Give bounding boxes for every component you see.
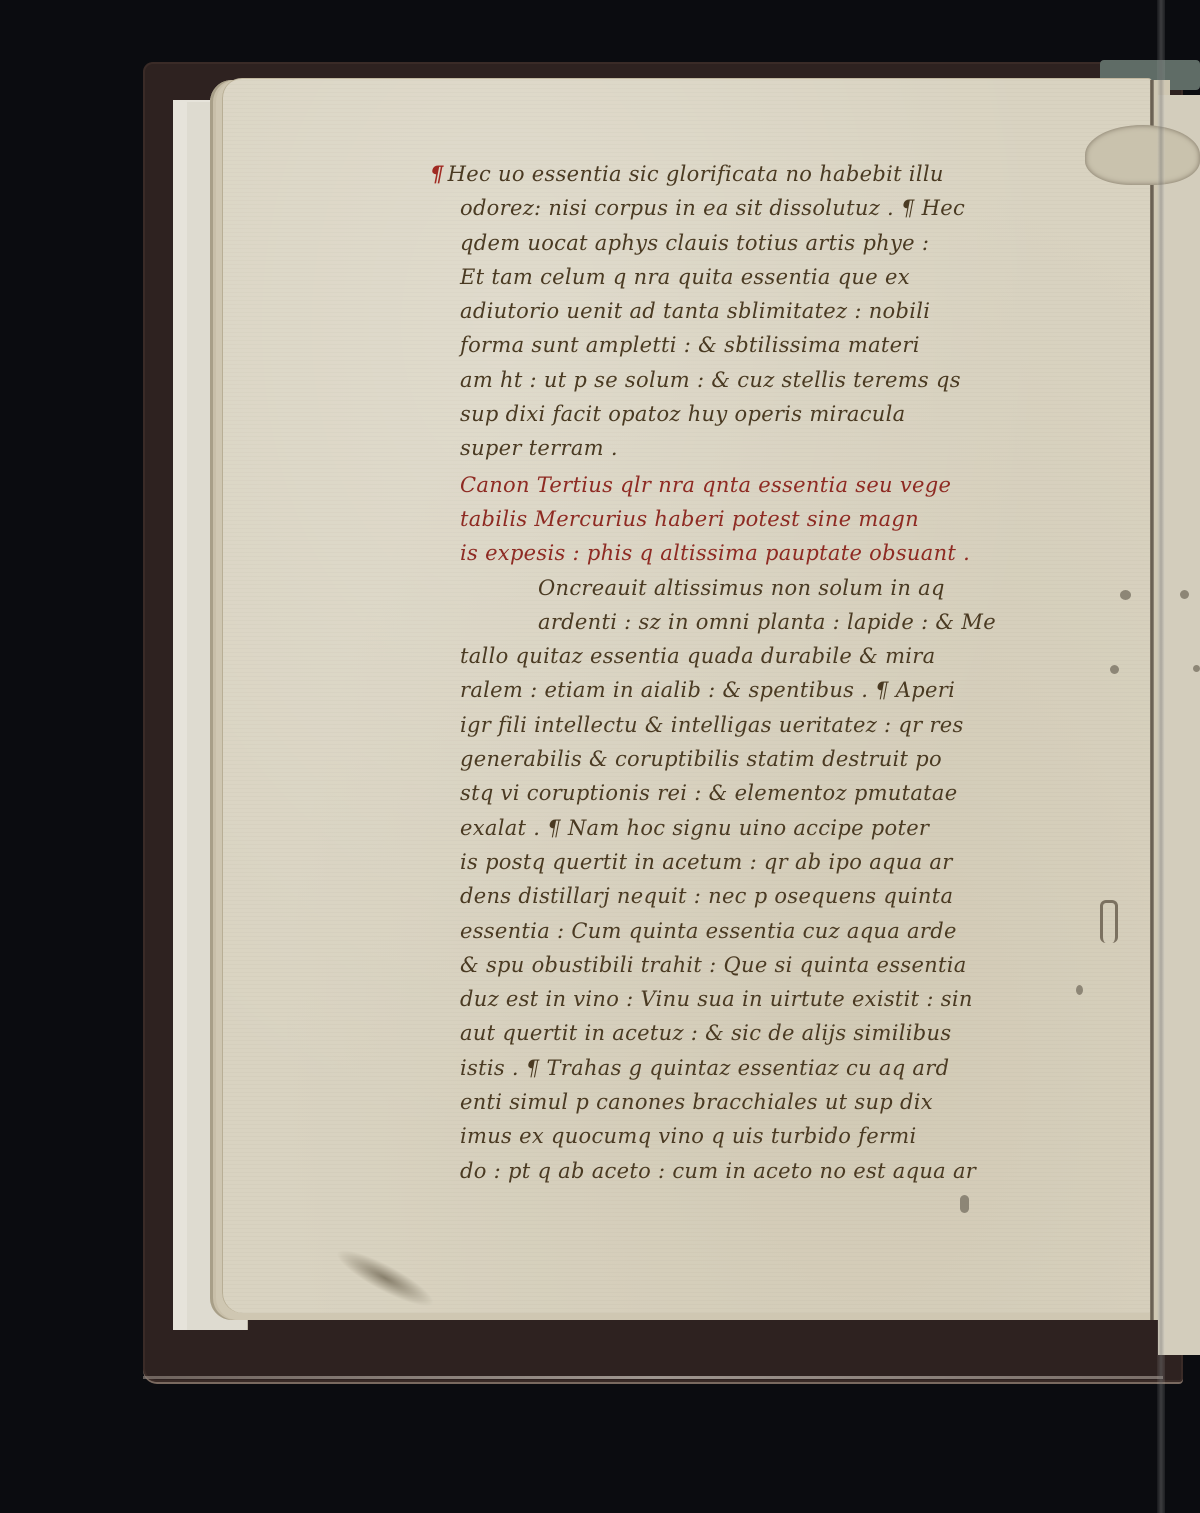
- text-line: exalat . ¶ Nam hoc signu uino accipe pot…: [430, 811, 1090, 845]
- paragraph-2: Oncreauit altissimus non solum in aq ard…: [430, 571, 1090, 1188]
- text-line: stq vi coruptionis rei : & elementoz pmu…: [430, 776, 1090, 810]
- text-line: ralem : etiam in aialib : & spentibus . …: [430, 673, 1090, 707]
- text-line: enti simul p canones bracchiales ut sup …: [430, 1085, 1090, 1119]
- text-line: do : pt q ab aceto : cum in aceto no est…: [430, 1154, 1090, 1188]
- wormhole: [960, 1195, 969, 1213]
- glass-plate-edge: [1157, 0, 1165, 1513]
- text-line: istis . ¶ Trahas g quintaz essentiaz cu …: [430, 1051, 1090, 1085]
- manuscript-text: ¶Hec uo essentia sic glorificata no habe…: [430, 157, 1090, 1188]
- text-line: is postq quertit in acetum : qr ab ipo a…: [430, 845, 1090, 879]
- wormhole: [1120, 590, 1131, 600]
- text-line: generabilis & coruptibilis statim destru…: [430, 742, 1090, 776]
- text-line: essentia : Cum quinta essentia cuz aqua …: [430, 914, 1090, 948]
- text-line: Oncreauit altissimus non solum in aq: [430, 571, 1090, 605]
- text-line: ardenti : sz in omni planta : lapide : &…: [430, 605, 1090, 639]
- rubric-line: Canon Tertius qlr nra qnta essentia seu …: [430, 468, 1090, 502]
- text-line: qdem uocat aphys clauis totius artis phy…: [430, 226, 1090, 260]
- text-line: adiutorio uenit ad tanta sblimitatez : n…: [430, 294, 1090, 328]
- text-line: sup dixi facit opatoz huy operis miracul…: [430, 397, 1090, 431]
- text-line: tallo quitaz essentia quada durabile & m…: [430, 639, 1090, 673]
- wormhole: [1180, 590, 1189, 599]
- text-line: dens distillarj nequit : nec p osequens …: [430, 879, 1090, 913]
- text-line: ¶Hec uo essentia sic glorificata no habe…: [430, 157, 1090, 191]
- page-tear-damage: [1085, 125, 1200, 185]
- rubric-line: tabilis Mercurius haberi potest sine mag…: [430, 502, 1090, 536]
- wormhole: [1193, 665, 1200, 672]
- text-line: igr fili intellectu & intelligas ueritat…: [430, 708, 1090, 742]
- text-line: forma sunt ampletti : & sbtilissima mate…: [430, 328, 1090, 362]
- wormhole: [1100, 900, 1118, 943]
- text-line: imus ex quocumq vino q uis turbido fermi: [430, 1119, 1090, 1153]
- text-line: & spu obustibili trahit : Que si quinta …: [430, 948, 1090, 982]
- cover-edge-highlight: [143, 1376, 1163, 1379]
- text-line: odorez: nisi corpus in ea sit dissolutuz…: [430, 191, 1090, 225]
- rubric-line: is expesis : phis q altissima pauptate o…: [430, 536, 1090, 570]
- text-line: duz est in vino : Vinu sua in uirtute ex…: [430, 982, 1090, 1016]
- text-line: aut quertit in acetuz : & sic de alijs s…: [430, 1016, 1090, 1050]
- pilcrow-mark: ¶: [430, 161, 444, 186]
- text-line: super terram .: [430, 431, 1090, 465]
- rubric-heading: Canon Tertius qlr nra qnta essentia seu …: [430, 468, 1090, 571]
- wormhole: [1110, 665, 1119, 674]
- gutter: [1150, 80, 1154, 1320]
- paragraph-1: ¶Hec uo essentia sic glorificata no habe…: [430, 157, 1090, 466]
- text-line: am ht : ut p se solum : & cuz stellis te…: [430, 363, 1090, 397]
- text-line: Et tam celum q nra quita essentia que ex: [430, 260, 1090, 294]
